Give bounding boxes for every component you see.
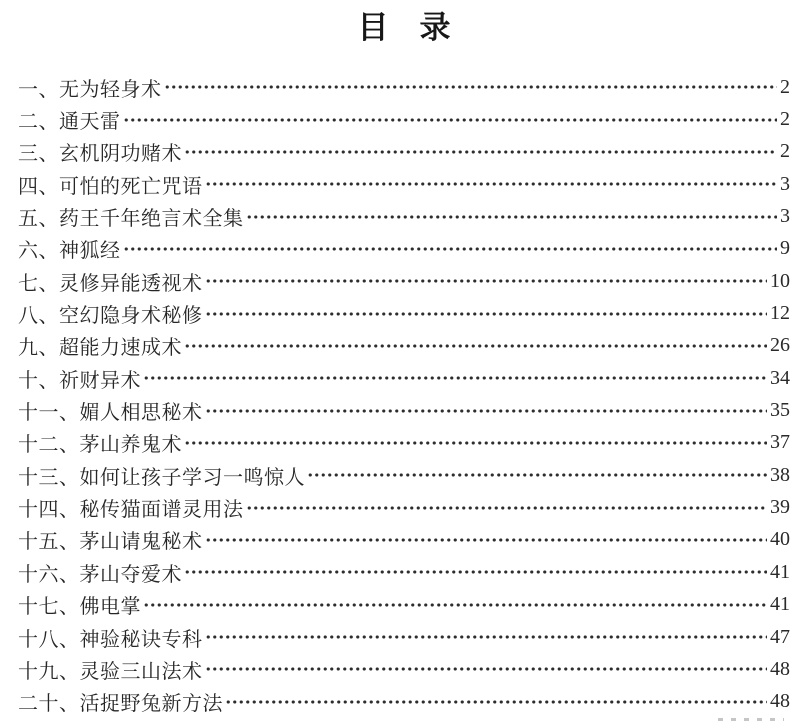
- dot-leader: [184, 335, 767, 357]
- toc-entry-page: 34: [770, 367, 790, 390]
- dot-leader: [123, 109, 778, 131]
- dot-leader: [307, 464, 767, 486]
- toc-entry-label: 一、无为轻身术: [18, 73, 162, 102]
- toc-entry-page: 39: [770, 496, 790, 519]
- toc-entry-page: 40: [770, 528, 790, 551]
- dot-leader: [205, 270, 768, 292]
- toc-entry-label: 十九、灵验三山法术: [18, 655, 203, 684]
- toc-entry-page: 38: [770, 464, 790, 487]
- toc-entry-label: 四、可怕的死亡咒语: [18, 170, 203, 199]
- dot-leader: [143, 367, 767, 389]
- toc-entry: 八、空幻隐身术秘修 12: [18, 297, 790, 329]
- toc-entry: 六、神狐经 9: [18, 233, 790, 265]
- dot-leader: [164, 76, 778, 98]
- toc-entry-label: 十四、秘传猫面谱灵用法: [18, 493, 244, 522]
- dot-leader: [246, 206, 778, 228]
- toc-entry: 二、通天雷 2: [18, 103, 790, 135]
- toc-entry-page: 41: [770, 561, 790, 584]
- dot-leader: [246, 497, 768, 519]
- dot-leader: [205, 303, 768, 325]
- toc-entry-page: 37: [770, 431, 790, 454]
- toc-entry-page: 3: [780, 205, 790, 228]
- dot-leader: [123, 238, 778, 260]
- toc-entry-label: 九、超能力速成术: [18, 331, 182, 360]
- toc-entry-page: 12: [770, 302, 790, 325]
- toc-entry-label: 十六、茅山夺爱术: [18, 558, 182, 587]
- toc-entry-label: 三、玄机阴功赌术: [18, 137, 182, 166]
- document-page: 目 录 一、无为轻身术 2 二、通天雷 2 三、玄机阴功赌术 2 四、可怕的死亡…: [0, 0, 800, 721]
- toc-entry-label: 十二、茅山养鬼术: [18, 428, 182, 457]
- page-title: 目 录: [18, 6, 790, 50]
- toc-entry: 三、玄机阴功赌术 2: [18, 136, 790, 168]
- toc-entry-label: 五、药王千年绝言术全集: [18, 202, 244, 231]
- toc-entry-label: 七、灵修异能透视术: [18, 267, 203, 296]
- toc-entry: 十一、媚人相思秘术 35: [18, 394, 790, 426]
- toc-entry: 十三、如何让孩子学习一鸣惊人 38: [18, 459, 790, 491]
- toc-entry-label: 十七、佛电掌: [18, 590, 141, 619]
- toc-entry: 十七、佛电掌 41: [18, 589, 790, 621]
- toc-entry: 七、灵修异能透视术 10: [18, 265, 790, 297]
- toc-entry: 十五、茅山请鬼秘术 40: [18, 524, 790, 556]
- toc-entry: 五、药王千年绝言术全集 3: [18, 200, 790, 232]
- toc-entry: 十六、茅山夺爱术 41: [18, 556, 790, 588]
- toc-entry: 十、祈财异术 34: [18, 362, 790, 394]
- toc-entry-page: 10: [770, 270, 790, 293]
- toc-entry-page: 9: [780, 237, 790, 260]
- toc-entry-page: 2: [780, 76, 790, 99]
- toc-entry: 十九、灵验三山法术 48: [18, 653, 790, 685]
- table-of-contents: 一、无为轻身术 2 二、通天雷 2 三、玄机阴功赌术 2 四、可怕的死亡咒语 3…: [18, 71, 790, 718]
- dot-leader: [205, 529, 768, 551]
- toc-entry-page: 3: [780, 173, 790, 196]
- toc-entry-label: 十一、媚人相思秘术: [18, 396, 203, 425]
- toc-entry-label: 十五、茅山请鬼秘术: [18, 525, 203, 554]
- toc-entry-label: 六、神狐经: [18, 234, 121, 263]
- toc-entry-label: 二十、活捉野兔新方法: [18, 687, 223, 716]
- toc-entry: 十四、秘传猫面谱灵用法 39: [18, 491, 790, 523]
- dot-leader: [205, 626, 768, 648]
- toc-entry: 十八、神验秘诀专科 47: [18, 621, 790, 653]
- dot-leader: [143, 594, 767, 616]
- toc-entry-page: 2: [780, 108, 790, 131]
- toc-entry-label: 十三、如何让孩子学习一鸣惊人: [18, 461, 305, 490]
- toc-entry-page: 26: [770, 334, 790, 357]
- dot-leader: [225, 691, 767, 713]
- toc-entry: 一、无为轻身术 2: [18, 71, 790, 103]
- toc-entry-page: 48: [770, 690, 790, 713]
- dot-leader: [205, 173, 778, 195]
- toc-entry-page: 41: [770, 593, 790, 616]
- dot-leader: [184, 561, 767, 583]
- toc-entry-page: 35: [770, 399, 790, 422]
- dot-leader: [205, 400, 768, 422]
- toc-entry-label: 八、空幻隐身术秘修: [18, 299, 203, 328]
- toc-entry-page: 47: [770, 626, 790, 649]
- dot-leader: [184, 141, 777, 163]
- toc-entry-page: 2: [780, 140, 790, 163]
- dot-leader: [205, 658, 768, 680]
- toc-entry-label: 二、通天雷: [18, 105, 121, 134]
- toc-entry: 四、可怕的死亡咒语 3: [18, 168, 790, 200]
- toc-entry: 十二、茅山养鬼术 37: [18, 427, 790, 459]
- dot-leader: [184, 432, 767, 454]
- toc-entry: 九、超能力速成术 26: [18, 330, 790, 362]
- toc-entry-label: 十、祈财异术: [18, 364, 141, 393]
- toc-entry: 二十、活捉野兔新方法 48: [18, 686, 790, 718]
- toc-entry-page: 48: [770, 658, 790, 681]
- toc-entry-label: 十八、神验秘诀专科: [18, 623, 203, 652]
